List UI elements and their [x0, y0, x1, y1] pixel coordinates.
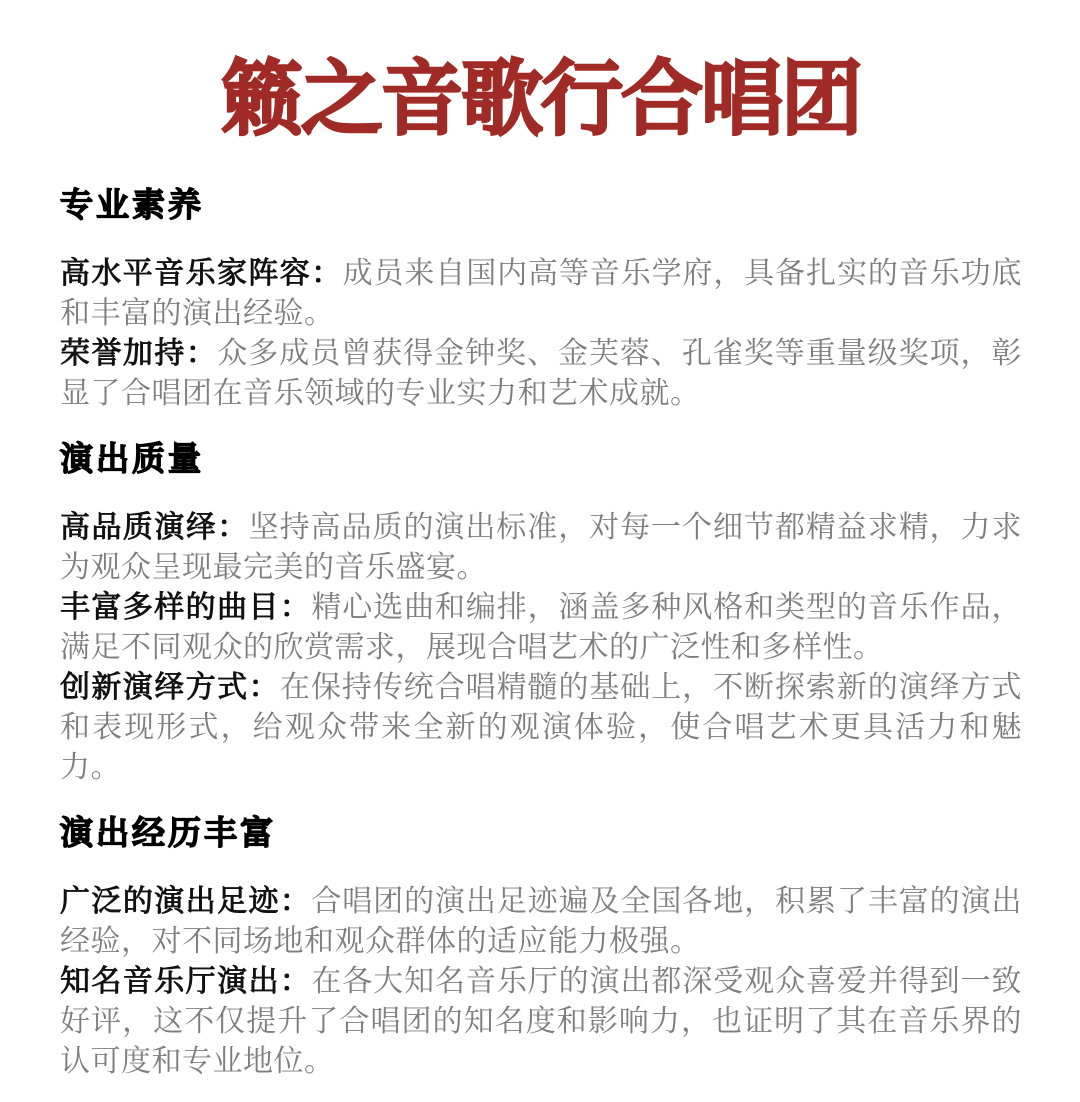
section-performance-quality: 演出质量 高品质演绎：坚持高品质的演出标准，对每一个细节都精益求精，力求为观众呈…: [60, 440, 1022, 788]
paragraph-wide-footprint: 广泛的演出足迹：合唱团的演出足迹遍及全国各地，积累了丰富的演出经验，对不同场地和…: [60, 882, 1022, 962]
section-rich-experience: 演出经历丰富 广泛的演出足迹：合唱团的演出足迹遍及全国各地，积累了丰富的演出经验…: [60, 814, 1022, 1082]
paragraph-diverse-repertoire: 丰富多样的曲目：精心选曲和编排，涵盖多种风格和类型的音乐作品，满足不同观众的欣赏…: [60, 588, 1022, 668]
paragraph-high-quality: 高品质演绎：坚持高品质的演出标准，对每一个细节都精益求精，力求为观众呈现最完美的…: [60, 508, 1022, 588]
paragraph-lead-innovative-style: 创新演绎方式：: [60, 671, 280, 704]
paragraph-lead-high-quality: 高品质演绎：: [60, 511, 249, 544]
page-title: 籁之音歌行合唱团: [60, 50, 1022, 150]
section-heading-performance-quality: 演出质量: [60, 440, 1022, 478]
paragraph-famous-halls: 知名音乐厅演出：在各大知名音乐厅的演出都深受观众喜爱并得到一致好评，这不仅提升了…: [60, 962, 1022, 1082]
section-heading-rich-experience: 演出经历丰富: [60, 814, 1022, 852]
paragraph-innovative-style: 创新演绎方式：在保持传统合唱精髓的基础上，不断探索新的演绎方式和表现形式，给观众…: [60, 668, 1022, 788]
paragraph-honors: 荣誉加持：众多成员曾获得金钟奖、金芙蓉、孔雀奖等重量级奖项，彰显了合唱团在音乐领…: [60, 334, 1022, 414]
paragraph-lead-famous-halls: 知名音乐厅演出：: [60, 965, 311, 998]
document-page: 籁之音歌行合唱团 专业素养 高水平音乐家阵容：成员来自国内高等音乐学府，具备扎实…: [0, 0, 1080, 1102]
paragraph-lead-musician-lineup: 高水平音乐家阵容：: [60, 257, 343, 290]
paragraph-lead-honors: 荣誉加持：: [60, 337, 217, 370]
section-heading-professional-quality: 专业素养: [60, 186, 1022, 224]
paragraph-lead-wide-footprint: 广泛的演出足迹：: [60, 885, 311, 918]
section-professional-quality: 专业素养 高水平音乐家阵容：成员来自国内高等音乐学府，具备扎实的音乐功底和丰富的…: [60, 186, 1022, 414]
paragraph-lead-diverse-repertoire: 丰富多样的曲目：: [60, 591, 311, 624]
paragraph-musician-lineup: 高水平音乐家阵容：成员来自国内高等音乐学府，具备扎实的音乐功底和丰富的演出经验。: [60, 254, 1022, 334]
